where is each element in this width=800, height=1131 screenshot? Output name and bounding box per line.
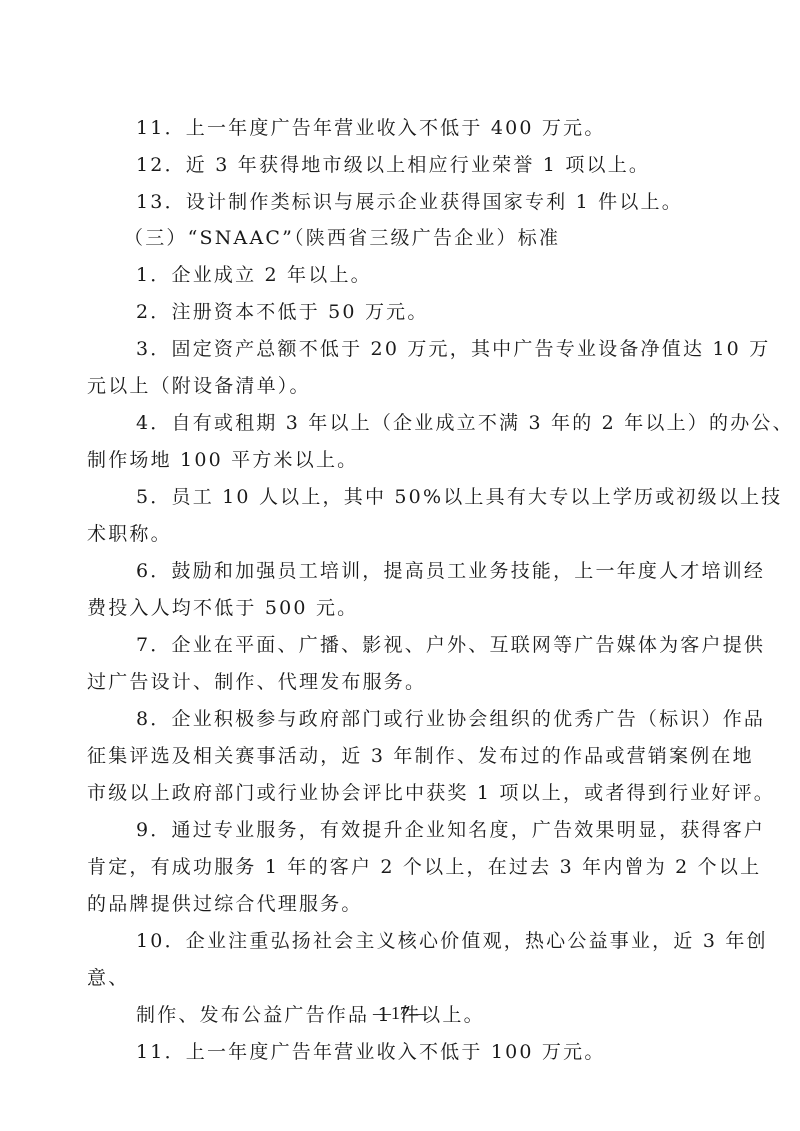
line-19: 市级以上政府部门或行业协会评比中获奖 1 项以上，或者得到行业好评。	[87, 781, 775, 805]
line-1: 11．上一年度广告年营业收入不低于 400 万元。	[136, 116, 606, 140]
line-14: 费投入人均不低于 500 元。	[87, 596, 358, 620]
line-17: 8．企业积极参与政府部门或行业协会组织的优秀广告（标识）作品	[136, 707, 765, 731]
line-21: 肯定，有成功服务 1 年的客户 2 个以上，在过去 3 年内曾为 2 个以上	[87, 855, 761, 879]
line-2: 12．近 3 年获得地市级以上相应行业荣誉 1 项以上。	[136, 153, 650, 177]
line-23: 10．企业注重弘扬社会主义核心价值观，热心公益事业，近 3 年创	[136, 929, 768, 953]
line-26: 11．上一年度广告年营业收入不低于 100 万元。	[136, 1040, 606, 1064]
line-15: 7．企业在平面、广播、影视、户外、互联网等广告媒体为客户提供	[136, 633, 765, 657]
line-11: 5．员工 10 人以上，其中 50%以上具有大专以上学历或初级以上技	[136, 485, 782, 509]
line-7: 3．固定资产总额不低于 20 万元，其中广告专业设备净值达 10 万	[136, 337, 770, 361]
line-22: 的品牌提供过综合代理服务。	[87, 892, 363, 916]
document-page: 11．上一年度广告年营业收入不低于 400 万元。 12．近 3 年获得地市级以…	[0, 0, 800, 1131]
line-8: 元以上（附设备清单）。	[87, 374, 311, 398]
line-24: 意、	[87, 966, 129, 990]
line-12: 术职称。	[87, 522, 172, 546]
page-number: —17—	[0, 1003, 800, 1024]
line-5: 1．企业成立 2 年以上。	[136, 263, 372, 287]
line-16: 过广告设计、制作、代理发布服务。	[87, 670, 426, 694]
line-10: 制作场地 100 平方米以上。	[87, 448, 358, 472]
line-13: 6．鼓励和加强员工培训，提高员工业务技能，上一年度人才培训经	[136, 559, 765, 583]
line-18: 征集评选及相关赛事活动，近 3 年制作、发布过的作品或营销案例在地	[87, 744, 754, 768]
line-9: 4．自有或租期 3 年以上（企业成立不满 3 年的 2 年以上）的办公、	[136, 411, 794, 435]
line-6: 2．注册资本不低于 50 万元。	[136, 300, 429, 324]
section-heading: （三）“SNAAC”（陕西省三级广告企业）标准	[124, 226, 560, 250]
line-3: 13．设计制作类标识与展示企业获得国家专利 1 件以上。	[136, 190, 683, 214]
line-20: 9．通过专业服务，有效提升企业知名度，广告效果明显，获得客户	[136, 818, 765, 842]
